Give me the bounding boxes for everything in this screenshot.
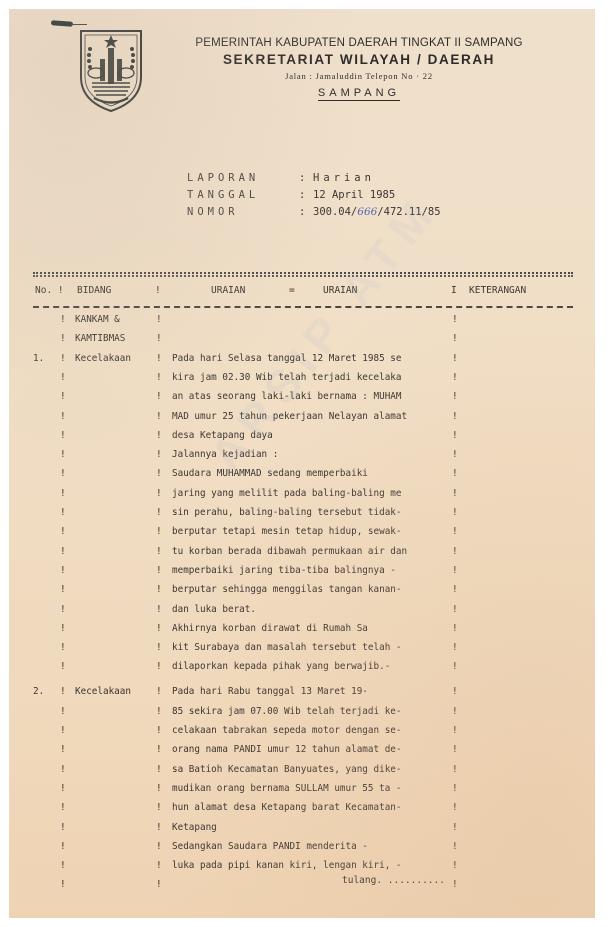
description-line: berputar sehingga menggilas tangan kanan…: [172, 584, 402, 595]
continuation-marker: tulang. ..........: [342, 875, 445, 886]
column-divider: !: [60, 314, 66, 325]
column-divider: !: [156, 411, 162, 422]
column-divider: !: [60, 706, 66, 717]
row-number: 1.: [33, 353, 44, 364]
column-divider: !: [60, 822, 66, 833]
column-divider: !: [452, 430, 458, 441]
col-header-uraian: URAIAN: [211, 285, 245, 296]
column-divider: !: [60, 584, 66, 595]
column-divider: !: [156, 783, 162, 794]
description-line: celakaan tabrakan sepeda motor dengan se…: [172, 725, 402, 736]
government-name: PEMERINTAH KABUPATEN DAERAH TINGKAT II S…: [159, 37, 559, 49]
column-divider: !: [452, 488, 458, 499]
column-divider: !: [452, 411, 458, 422]
description-line: tu korban berada dibawah permukaan air d…: [172, 546, 407, 557]
column-divider: !: [452, 372, 458, 383]
description-line: desa Ketapang daya: [172, 430, 273, 441]
column-divider: !: [156, 314, 162, 325]
report-number-row: NOMOR:300.04/666/472.11/85: [187, 206, 441, 223]
column-divider: !: [60, 744, 66, 755]
report-date-label: TANGGAL: [187, 189, 299, 201]
column-divider: !: [156, 623, 162, 634]
column-divider: !: [452, 507, 458, 518]
description-line: Ketapang: [172, 822, 217, 833]
column-divider: !: [156, 725, 162, 736]
description-line: kira jam 02.30 Wib telah terjadi kecelak…: [172, 372, 402, 383]
description-line: memperbaiki jaring tiba-tiba balingnya -: [172, 565, 396, 576]
column-divider: !: [60, 841, 66, 852]
column-divider: !: [156, 488, 162, 499]
report-date-row: TANGGAL:12 April 1985: [187, 189, 441, 206]
ink-smudge: [51, 20, 73, 27]
column-divider: !: [452, 468, 458, 479]
column-divider: !: [156, 526, 162, 537]
column-divider: !: [60, 802, 66, 813]
column-divider: !: [452, 449, 458, 460]
column-divider: !: [452, 879, 458, 890]
description-line: kit Surabaya dan masalah tersebut telah …: [172, 642, 402, 653]
col-header-keterangan: KETERANGAN: [469, 285, 526, 296]
column-divider: !: [452, 565, 458, 576]
column-divider: !: [156, 604, 162, 615]
column-divider: !: [452, 546, 458, 557]
report-type-value: Harian: [313, 172, 375, 184]
description-line: sa Batioh Kecamatan Banyuates, yang dike…: [172, 764, 402, 775]
column-divider: !: [156, 706, 162, 717]
column-divider: !: [60, 526, 66, 537]
section-label: KAMTIBMAS: [75, 333, 125, 344]
document-page: PEMERINTAH KABUPATEN DAERAH TINGKAT II S…: [9, 9, 595, 918]
regency-coat-of-arms-icon: [78, 27, 144, 113]
column-divider: !: [452, 623, 458, 634]
column-divider: !: [156, 860, 162, 871]
column-divider: !: [60, 391, 66, 402]
column-divider: !: [452, 661, 458, 672]
col-header-bidang: BIDANG: [77, 285, 111, 296]
column-divider: !: [60, 353, 66, 364]
letterhead: PEMERINTAH KABUPATEN DAERAH TINGKAT II S…: [159, 37, 559, 101]
column-divider: !: [60, 468, 66, 479]
header-top-rule: [33, 272, 573, 274]
report-type-row: LAPORAN:Harian: [187, 172, 441, 189]
row-number: 2.: [33, 686, 44, 697]
column-divider: !: [156, 661, 162, 672]
column-divider: !: [60, 879, 66, 890]
column-divider: !: [156, 391, 162, 402]
column-divider: !: [452, 783, 458, 794]
description-line: orang nama PANDI umur 12 tahun alamat de…: [172, 744, 402, 755]
column-divider: !: [156, 744, 162, 755]
description-line: Pada hari Selasa tanggal 12 Maret 1985 s…: [172, 353, 402, 364]
column-divider: !: [452, 822, 458, 833]
report-meta: LAPORAN:Harian TANGGAL:12 April 1985 NOM…: [187, 172, 441, 223]
column-divider: !: [60, 642, 66, 653]
column-divider: !: [156, 764, 162, 775]
column-divider: !: [156, 686, 162, 697]
column-divider: !: [60, 488, 66, 499]
column-divider: !: [452, 526, 458, 537]
column-divider: !: [452, 333, 458, 344]
column-divider: !: [60, 725, 66, 736]
description-line: hun alamat desa Ketapang barat Kecamatan…: [172, 802, 402, 813]
column-divider: !: [156, 565, 162, 576]
report-number-value: 300.04/666/472.11/85: [313, 206, 441, 218]
description-line: 85 sekira jam 07.00 Wib telah terjadi ke…: [172, 706, 402, 717]
description-line: Akhirnya korban dirawat di Rumah Sa: [172, 623, 368, 634]
column-divider: !: [60, 507, 66, 518]
report-date-value: 12 April 1985: [313, 189, 395, 201]
column-divider: !: [452, 802, 458, 813]
column-divider: !: [452, 391, 458, 402]
column-divider: !: [452, 725, 458, 736]
column-divider: !: [156, 841, 162, 852]
column-divider: !: [452, 353, 458, 364]
description-line: Saudara MUHAMMAD sedang memperbaiki: [172, 468, 368, 479]
column-divider: !: [156, 353, 162, 364]
column-divider: !: [452, 642, 458, 653]
column-divider: !: [60, 686, 66, 697]
column-divider: !: [156, 546, 162, 557]
column-divider: !: [156, 822, 162, 833]
description-line: MAD umur 25 tahun pekerjaan Nelayan alam…: [172, 411, 407, 422]
column-divider: !: [60, 623, 66, 634]
description-line: Jalannya kejadian :: [172, 449, 278, 460]
description-line: dan luka berat.: [172, 604, 256, 615]
column-divider: !: [60, 372, 66, 383]
column-divider: !: [452, 314, 458, 325]
column-divider: !: [452, 841, 458, 852]
report-type-label: LAPORAN: [187, 172, 299, 184]
column-divider: !: [156, 802, 162, 813]
column-divider: !: [60, 783, 66, 794]
column-divider: !: [60, 546, 66, 557]
column-divider: !: [452, 604, 458, 615]
description-line: berputar tetapi mesin tetap hidup, sewak…: [172, 526, 402, 537]
column-divider: !: [156, 507, 162, 518]
column-divider: !: [60, 764, 66, 775]
description-line: Pada hari Rabu tanggal 13 Maret 19-: [172, 686, 368, 697]
column-divider: !: [60, 604, 66, 615]
column-divider: !: [60, 333, 66, 344]
column-divider: !: [452, 706, 458, 717]
header-bottom-rule: [33, 306, 573, 308]
column-divider: !: [452, 860, 458, 871]
ink-mark: [71, 24, 87, 25]
column-divider: !: [60, 430, 66, 441]
column-divider: !: [156, 642, 162, 653]
section-label: KANKAM &: [75, 314, 120, 325]
column-divider: !: [156, 372, 162, 383]
row-category: Kecelakaan: [75, 686, 131, 697]
city-name: SAMPANG: [318, 87, 400, 101]
column-divider: !: [452, 584, 458, 595]
column-divider: !: [60, 565, 66, 576]
column-divider: !: [60, 449, 66, 460]
column-divider: !: [156, 468, 162, 479]
description-line: luka pada pipi kanan kiri, lengan kiri, …: [172, 860, 402, 871]
secretariat-name: SEKRETARIAT WILAYAH / DAERAH: [159, 52, 559, 67]
report-number-label: NOMOR: [187, 206, 299, 218]
description-line: dilaporkan kepada pihak yang berwajib.-: [172, 661, 390, 672]
column-divider: !: [452, 744, 458, 755]
column-divider: !: [156, 879, 162, 890]
description-line: an atas seorang laki-laki bernama : MUHA…: [172, 391, 402, 402]
column-divider: !: [156, 333, 162, 344]
column-divider: !: [60, 860, 66, 871]
address-line: Jalan : Jamaluddin Telepon No · 22: [159, 71, 559, 81]
description-line: mudikan orang bernama SULLAM umur 55 ta …: [172, 783, 402, 794]
column-divider: !: [60, 411, 66, 422]
column-divider: !: [452, 686, 458, 697]
handwritten-number: 666: [357, 206, 377, 218]
description-line: sin perahu, baling-baling tersebut tidak…: [172, 507, 402, 518]
column-divider: !: [156, 430, 162, 441]
column-divider: !: [60, 661, 66, 672]
description-line: jaring yang melilit pada baling-baling m…: [172, 488, 402, 499]
description-line: Sedangkan Saudara PANDI menderita -: [172, 841, 368, 852]
col-header-uraian-2: URAIAN: [323, 285, 357, 296]
row-category: Kecelakaan: [75, 353, 131, 364]
column-divider: !: [156, 584, 162, 595]
col-header-no: No. !: [35, 285, 64, 296]
column-divider: !: [452, 764, 458, 775]
column-divider: !: [156, 449, 162, 460]
